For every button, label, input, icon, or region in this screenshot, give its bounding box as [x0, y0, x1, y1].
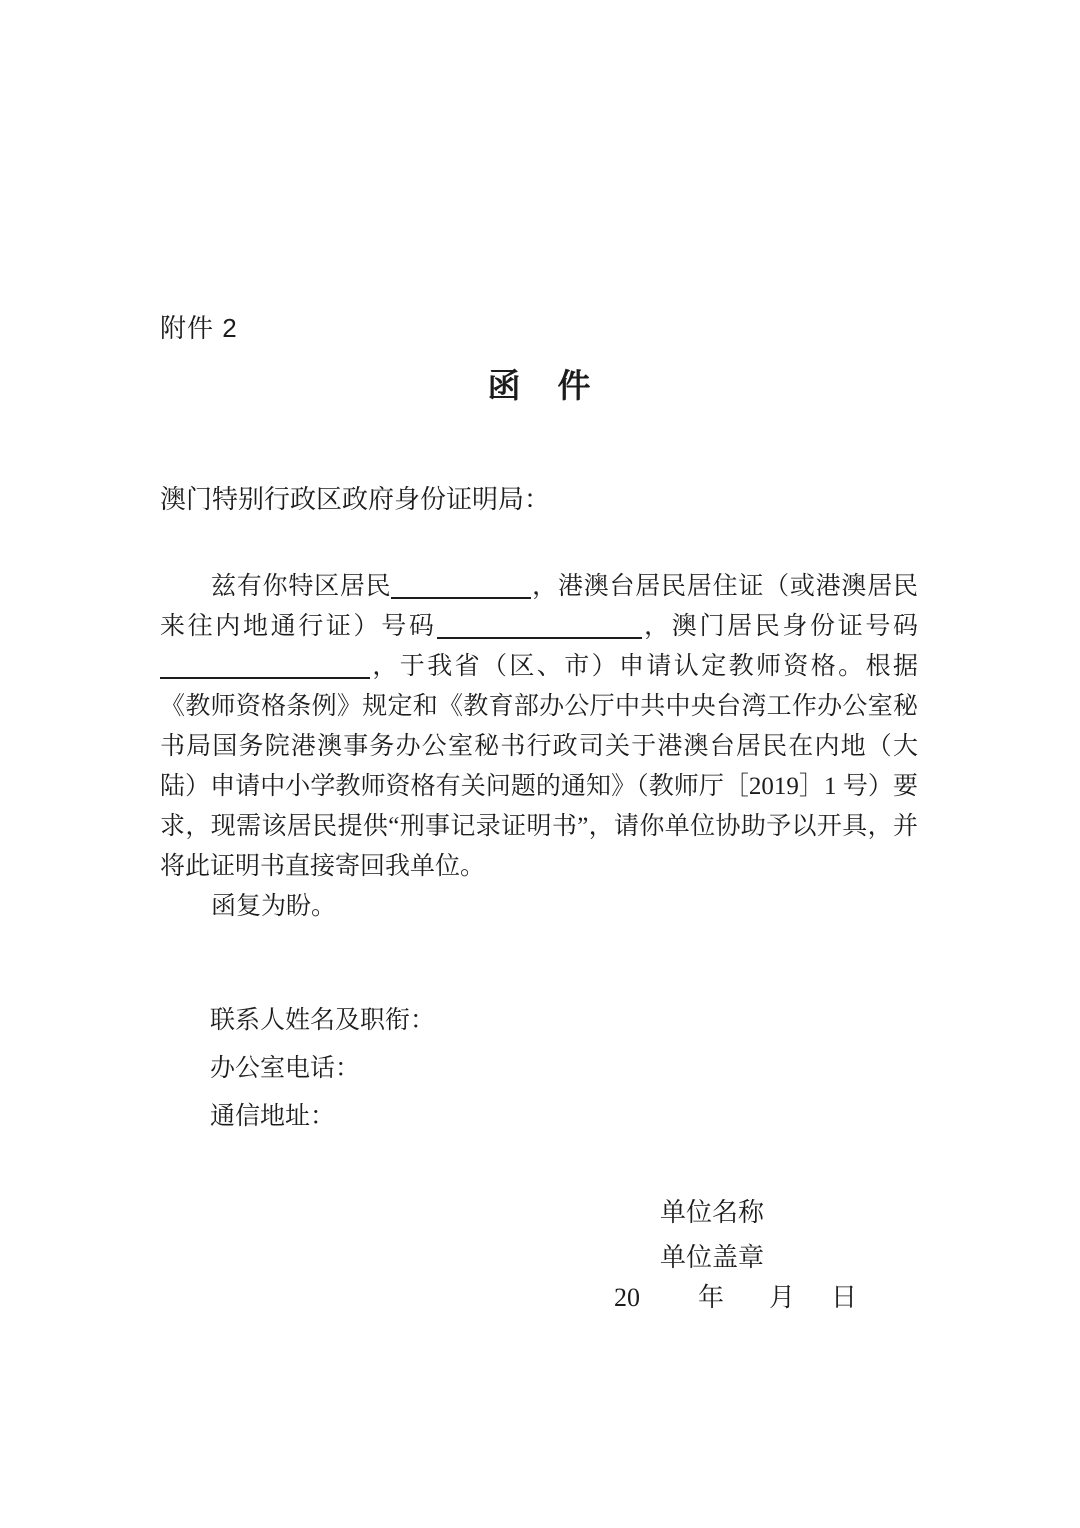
body-segment-before-name: 兹有你特区居民 [211, 573, 391, 600]
body-segment-after-id: ，于我省（区、市）申请认定教师资格。根据《教师资格条例》规定和《教育部办公厅中共… [160, 653, 918, 880]
letter-body: 兹有你特区居民，港澳台居民居住证（或港澳居民来往内地通行证）号码，澳门居民身份证… [160, 567, 918, 927]
body-segment-after-permit: ，澳门居民身份证号码 [642, 613, 919, 640]
date-year-prefix: 20 [614, 1283, 640, 1312]
body-paragraph: 兹有你特区居民，港澳台居民居住证（或港澳居民来往内地通行证）号码，澳门居民身份证… [160, 567, 918, 887]
mailing-address-label: 通信地址： [210, 1093, 435, 1141]
office-phone-label: 办公室电话： [210, 1045, 435, 1093]
signature-unit-name: 单位名称 [660, 1192, 764, 1229]
document-title: 函 件 [0, 360, 1080, 407]
permit-number-blank-line [437, 637, 642, 639]
salutation-line: 澳门特别行政区政府身份证明局： [160, 479, 550, 516]
contact-block: 联系人姓名及职衔： 办公室电话： 通信地址： [210, 997, 435, 1141]
signature-unit-seal: 单位盖章 [660, 1237, 764, 1274]
contact-person-label: 联系人姓名及职衔： [210, 997, 435, 1045]
resident-name-blank-line [391, 597, 531, 599]
date-month-label: 月 [769, 1283, 795, 1312]
date-day-label: 日 [831, 1283, 857, 1312]
signature-date-line: 20年月日 [614, 1277, 857, 1314]
date-year-label: 年 [698, 1283, 724, 1312]
closing-line: 函复为盼。 [160, 887, 918, 927]
attachment-label: 附件 2 [160, 308, 238, 345]
macao-id-number-blank-line [160, 677, 370, 679]
document-page: 附件 2 函 件 澳门特别行政区政府身份证明局： 兹有你特区居民，港澳台居民居住… [0, 0, 1080, 1528]
